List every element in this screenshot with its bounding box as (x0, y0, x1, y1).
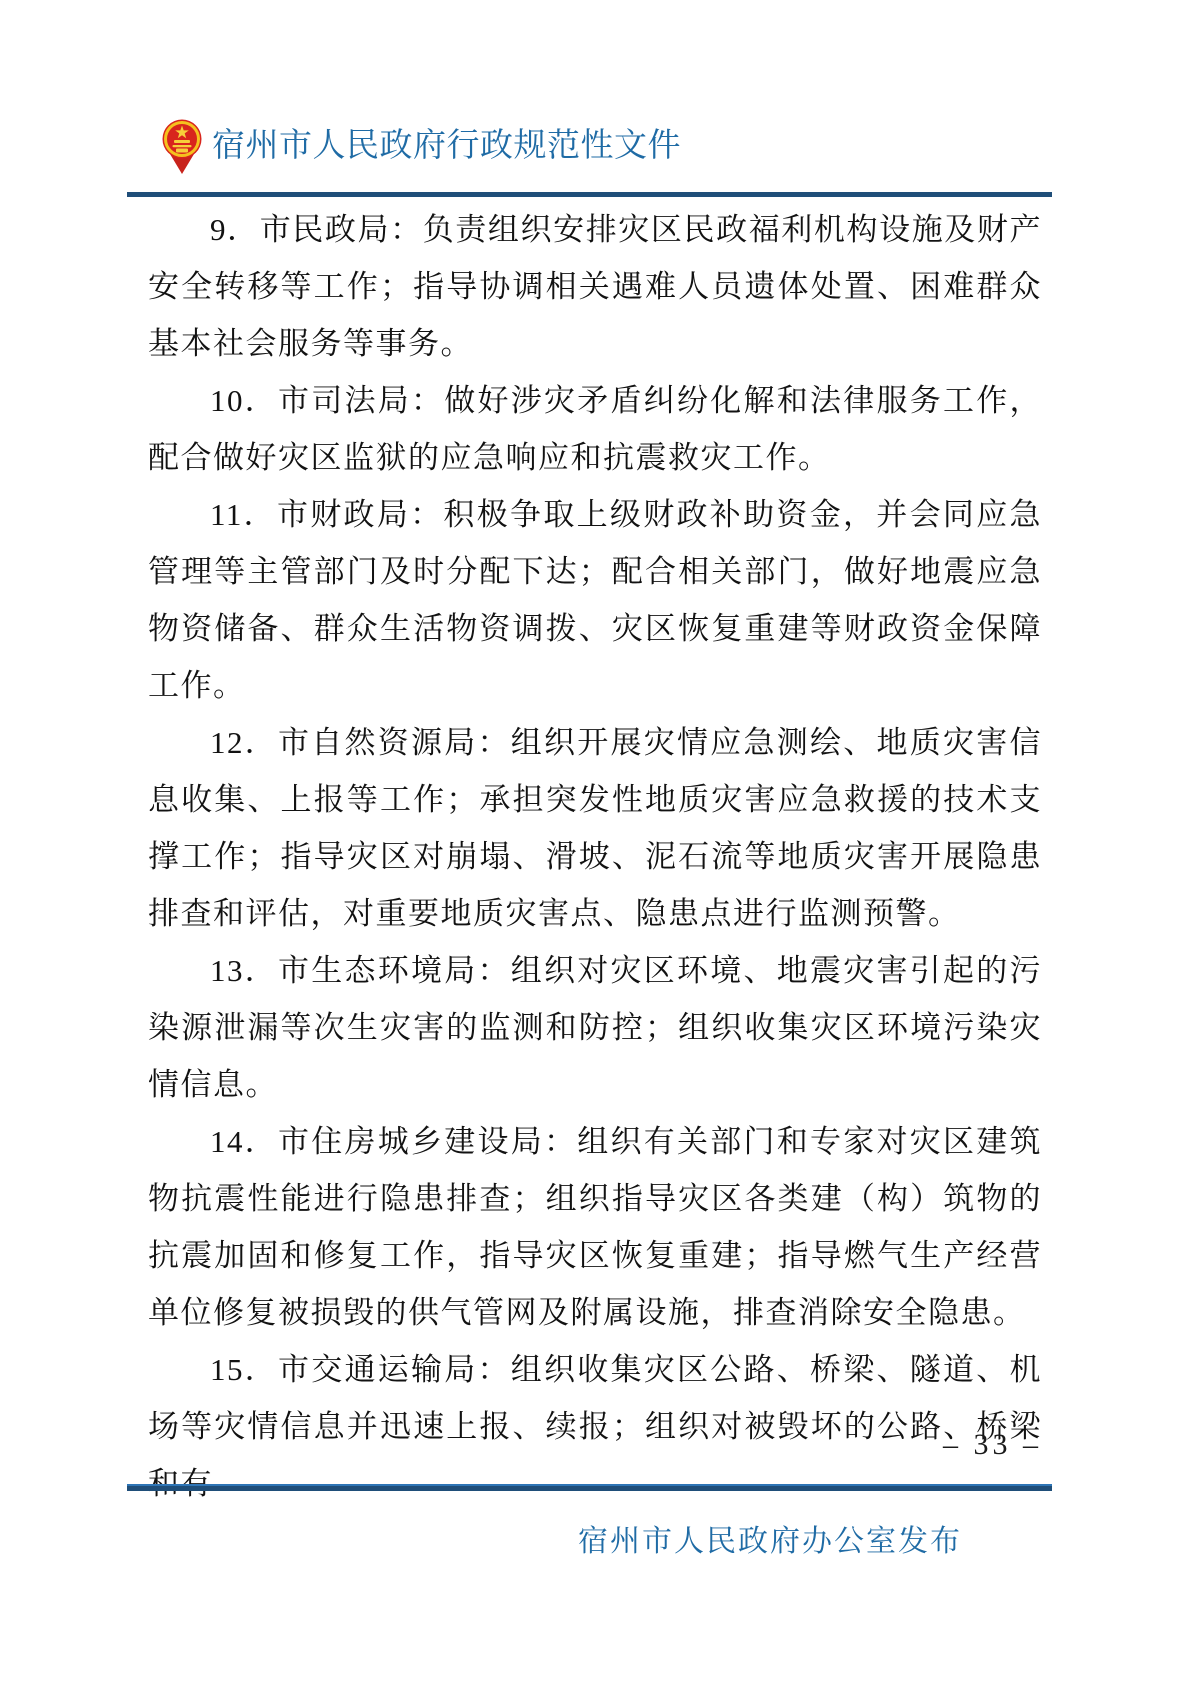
document-header: 宿州市人民政府行政规范性文件 (160, 118, 681, 179)
page-number: – 33 – (943, 1428, 1042, 1462)
header-title: 宿州市人民政府行政规范性文件 (212, 130, 681, 167)
paragraph: 14．市住房城乡建设局：组织有关部门和专家对灾区建筑物抗震性能进行隐患排查；组织… (148, 1113, 1042, 1341)
paragraph: 9．市民政局：负责组织安排灾区民政福利机构设施及财产安全转移等工作；指导协调相关… (148, 201, 1042, 372)
paragraph: 13．市生态环境局：组织对灾区环境、地震灾害引起的污染源泄漏等次生灾害的监测和防… (148, 942, 1042, 1113)
paragraph: 11．市财政局：积极争取上级财政补助资金，并会同应急管理等主管部门及时分配下达；… (148, 486, 1042, 714)
publisher-line: 宿州市人民政府办公室发布 (578, 1516, 962, 1560)
document-page: 宿州市人民政府行政规范性文件 9．市民政局：负责组织安排灾区民政福利机构设施及财… (0, 0, 1190, 1683)
paragraph: 12．市自然资源局：组织开展灾情应急测绘、地质灾害信息收集、上报等工作；承担突发… (148, 714, 1042, 942)
document-body: 9．市民政局：负责组织安排灾区民政福利机构设施及财产安全转移等工作；指导协调相关… (148, 201, 1042, 1512)
paragraph: 10．市司法局：做好涉灾矛盾纠纷化解和法律服务工作，配合做好灾区监狱的应急响应和… (148, 372, 1042, 486)
national-emblem-icon (160, 118, 204, 179)
header-rule (127, 192, 1052, 197)
footer-rule (127, 1484, 1052, 1491)
